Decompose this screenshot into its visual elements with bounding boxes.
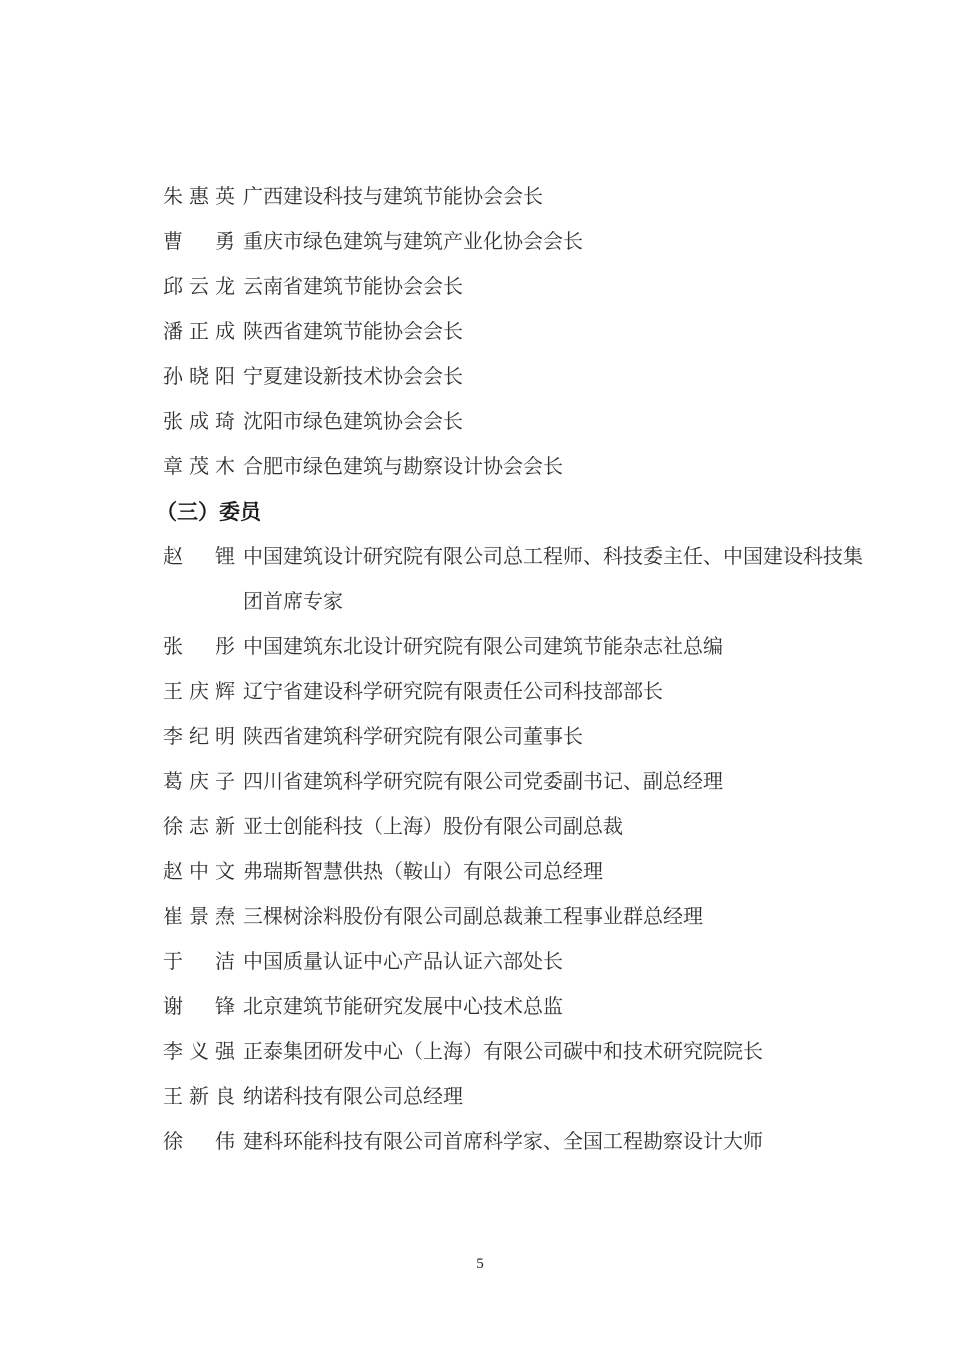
member-title: 宁夏建设新技术协会会长 (243, 355, 865, 400)
member-name: 潘正成 (163, 310, 235, 355)
member-row: 崔景焘 三棵树涂料股份有限公司副总裁兼工程事业群总经理 (0, 895, 960, 940)
member-row: 章茂木 合肥市绿色建筑与勘察设计协会会长 (0, 445, 960, 490)
member-title: 正泰集团研发中心（上海）有限公司碳中和技术研究院院长 (243, 1030, 865, 1075)
member-row: 朱惠英 广西建设科技与建筑节能协会会长 (0, 175, 960, 220)
member-title: 三棵树涂料股份有限公司副总裁兼工程事业群总经理 (243, 895, 865, 940)
member-row: 王庆辉 辽宁省建设科学研究院有限责任公司科技部部长 (0, 670, 960, 715)
member-row: 赵锂 中国建筑设计研究院有限公司总工程师、科技委主任、中国建设科技集团首席专家 (0, 535, 960, 625)
member-name: 崔景焘 (163, 895, 235, 940)
member-title: 沈阳市绿色建筑协会会长 (243, 400, 865, 445)
member-title: 中国建筑东北设计研究院有限公司建筑节能杂志社总编 (243, 625, 865, 670)
member-title: 建科环能科技有限公司首席科学家、全国工程勘察设计大师 (243, 1120, 865, 1165)
member-name: 邱云龙 (163, 265, 235, 310)
member-title: 纳诺科技有限公司总经理 (243, 1075, 865, 1120)
member-name: 孙晓阳 (163, 355, 235, 400)
member-title: 四川省建筑科学研究院有限公司党委副书记、副总经理 (243, 760, 865, 805)
member-row: 孙晓阳 宁夏建设新技术协会会长 (0, 355, 960, 400)
member-name: 赵中文 (163, 850, 235, 895)
member-name: 章茂木 (163, 445, 235, 490)
member-name: 张彤 (163, 625, 235, 670)
member-name: 王新良 (163, 1075, 235, 1120)
page-number: 5 (0, 1253, 960, 1275)
member-row: 于洁 中国质量认证中心产品认证六部处长 (0, 940, 960, 985)
member-row: 张彤 中国建筑东北设计研究院有限公司建筑节能杂志社总编 (0, 625, 960, 670)
member-row: 张成琦 沈阳市绿色建筑协会会长 (0, 400, 960, 445)
member-name: 于洁 (163, 940, 235, 985)
member-title: 广西建设科技与建筑节能协会会长 (243, 175, 865, 220)
member-title: 陕西省建筑科学研究院有限公司董事长 (243, 715, 865, 760)
member-title: 亚士创能科技（上海）股份有限公司副总裁 (243, 805, 865, 850)
member-row: 邱云龙 云南省建筑节能协会会长 (0, 265, 960, 310)
member-title: 云南省建筑节能协会会长 (243, 265, 865, 310)
member-row: 王新良 纳诺科技有限公司总经理 (0, 1075, 960, 1120)
member-name: 朱惠英 (163, 175, 235, 220)
member-name: 王庆辉 (163, 670, 235, 715)
member-name: 曹勇 (163, 220, 235, 265)
member-row: 徐伟 建科环能科技有限公司首席科学家、全国工程勘察设计大师 (0, 1120, 960, 1165)
member-title: 弗瑞斯智慧供热（鞍山）有限公司总经理 (243, 850, 865, 895)
member-name: 李义强 (163, 1030, 235, 1075)
member-title: 北京建筑节能研究发展中心技术总监 (243, 985, 865, 1030)
member-name: 谢锋 (163, 985, 235, 1030)
member-name: 葛庆子 (163, 760, 235, 805)
member-name: 徐伟 (163, 1120, 235, 1165)
member-row: 李义强 正泰集团研发中心（上海）有限公司碳中和技术研究院院长 (0, 1030, 960, 1075)
document-page: { "document": { "continued_entries": [ {… (0, 0, 960, 1357)
member-title: 中国建筑设计研究院有限公司总工程师、科技委主任、中国建设科技集团首席专家 (243, 535, 865, 625)
member-name: 徐志新 (163, 805, 235, 850)
member-row: 谢锋 北京建筑节能研究发展中心技术总监 (0, 985, 960, 1030)
member-row: 赵中文 弗瑞斯智慧供热（鞍山）有限公司总经理 (0, 850, 960, 895)
member-name: 张成琦 (163, 400, 235, 445)
member-name: 赵锂 (163, 535, 235, 625)
member-row: 潘正成 陕西省建筑节能协会会长 (0, 310, 960, 355)
content-area: 朱惠英 广西建设科技与建筑节能协会会长 曹勇 重庆市绿色建筑与建筑产业化协会会长… (0, 175, 960, 1165)
member-row: 葛庆子 四川省建筑科学研究院有限公司党委副书记、副总经理 (0, 760, 960, 805)
member-title: 合肥市绿色建筑与勘察设计协会会长 (243, 445, 865, 490)
member-name: 李纪明 (163, 715, 235, 760)
member-row: 徐志新 亚士创能科技（上海）股份有限公司副总裁 (0, 805, 960, 850)
member-row: 李纪明 陕西省建筑科学研究院有限公司董事长 (0, 715, 960, 760)
member-title: 中国质量认证中心产品认证六部处长 (243, 940, 865, 985)
member-row: 曹勇 重庆市绿色建筑与建筑产业化协会会长 (0, 220, 960, 265)
member-title: 辽宁省建设科学研究院有限责任公司科技部部长 (243, 670, 865, 715)
member-title: 陕西省建筑节能协会会长 (243, 310, 865, 355)
member-title: 重庆市绿色建筑与建筑产业化协会会长 (243, 220, 865, 265)
section-heading: （三）委员 (0, 490, 960, 535)
